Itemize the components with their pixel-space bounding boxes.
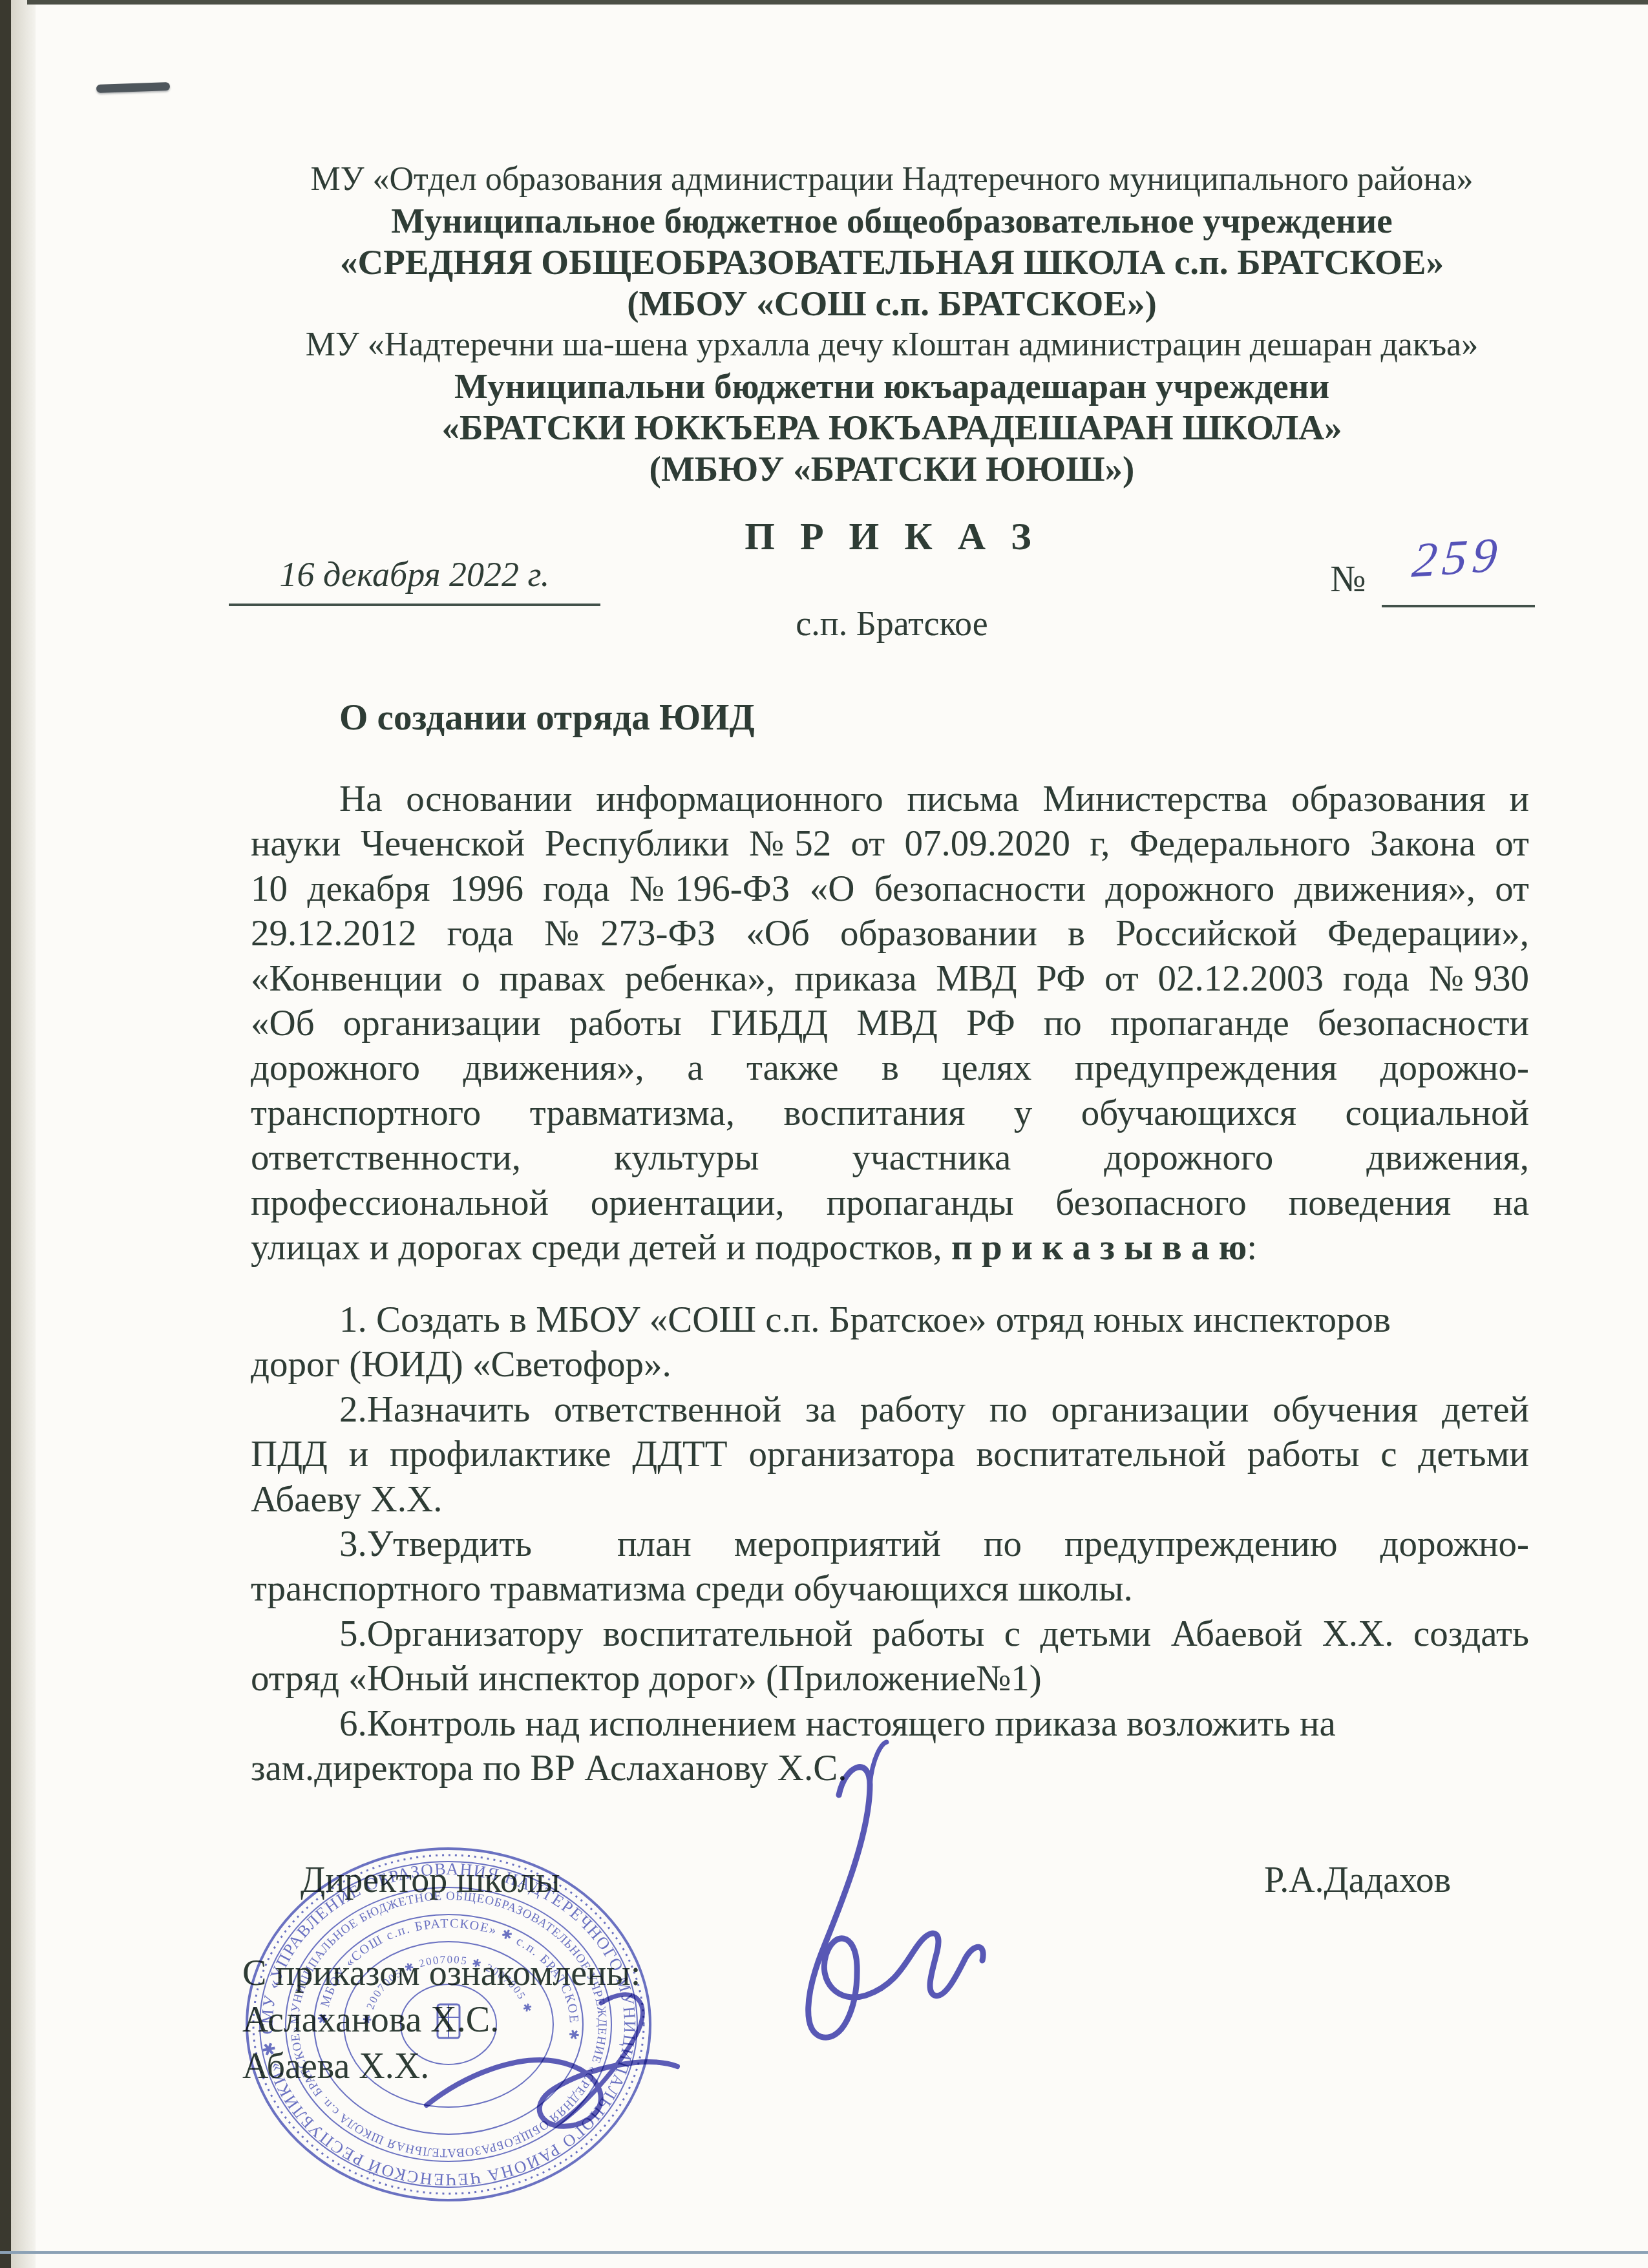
body-line: 29.12.2012 года №273-ФЗ «Об образовании … — [251, 911, 1529, 956]
body-line: «Конвенции о правах ребенка», приказа МВ… — [251, 956, 1529, 1001]
scan-top-edge — [27, 0, 1648, 5]
letterhead-line: Муниципальное бюджетное общеобразователь… — [246, 200, 1538, 242]
body-line: 10 декабря 1996 года №196-ФЗ «О безопасн… — [251, 866, 1529, 911]
director-name: Р.А.Дадахов — [1264, 1860, 1451, 1901]
number-sign: № — [1330, 557, 1366, 600]
letterhead-line: Муниципальни бюджетни юкъарадешаран учре… — [246, 366, 1538, 407]
letterhead-line: МУ «Отдел образования администрации Надт… — [246, 159, 1538, 200]
order-title: П Р И К А З — [246, 514, 1538, 559]
letterhead: МУ «Отдел образования администрации Надт… — [246, 159, 1538, 490]
order-place: с.п. Братское — [246, 604, 1538, 644]
order-item-line: отряд «Юный инспектор дорог» (Приложение… — [251, 1656, 1529, 1701]
letterhead-line: (МБОУ «СОШ с.п. БРАТСКОЕ») — [246, 283, 1538, 324]
letterhead-line: «БРАТСКИ ЮККЪЕРА ЮКЪАРАДЕШАРАН ШКОЛА» — [246, 407, 1538, 448]
order-item-line: дорог (ЮИД) «Светофор». — [251, 1342, 1529, 1387]
body-line: На основании информационного письма Мини… — [251, 777, 1529, 821]
body-line: дорожного движения», а также в целях пре… — [251, 1045, 1529, 1090]
order-body-paragraph: На основании информационного письма Мини… — [251, 777, 1529, 1270]
scan-left-paper-edge — [11, 0, 36, 2268]
order-item-line: Абаеву Х.Х. — [251, 1477, 1529, 1522]
body-line: транспортного травматизма, воспитания у … — [251, 1091, 1529, 1135]
stamp-ring-digits-text: ✱ 2007005 ✱ 2007005 ✱ 2007005 ✱ — [361, 1953, 534, 2024]
letterhead-line: МУ «Надтеречни ша-шена урхалла дечу кIош… — [246, 324, 1538, 366]
order-item-line: 3.Утвердить план мероприятий по предупре… — [251, 1522, 1529, 1566]
scan-left-edge — [0, 0, 11, 2268]
scan-bottom-edge-line — [0, 2251, 1648, 2254]
scanned-order-page: МУ «Отдел образования администрации Надт… — [0, 0, 1648, 2268]
order-items: 1. Создать в МБОУ «СОШ с.п. Братское» от… — [251, 1297, 1529, 1790]
letterhead-line: (МБЮУ «БРАТСКИ ЮЮШ») — [246, 448, 1538, 490]
letterhead-line: «СРЕДНЯЯ ОБЩЕОБРАЗОВАТЕЛЬНАЯ ШКОЛА с.п. … — [246, 242, 1538, 283]
body-line: профессиональной ориентации, пропаганды … — [251, 1181, 1529, 1225]
staple-mark — [96, 82, 170, 93]
body-line: «Об организации работы ГИБДД МВД РФ по п… — [251, 1001, 1529, 1045]
order-subject: О создании отряда ЮИД — [339, 697, 755, 739]
order-number-handwritten: 259 — [1380, 525, 1535, 591]
order-item-line: транспортного травматизма среди обучающи… — [251, 1566, 1529, 1611]
round-stamp: МУ «УПРАВЛЕНИЕ ОБРАЗОВАНИЯ НАДТЕРЕЧНОГО … — [240, 1842, 657, 2207]
body-line: ответственности, культуры участника доро… — [251, 1135, 1529, 1180]
order-item-line: 2.Назначить ответственной за работу по о… — [251, 1387, 1529, 1432]
order-item-line: 5.Организатору воспитательной работы с д… — [251, 1612, 1529, 1656]
body-line: улицах и дорогах среди детей и подростко… — [251, 1225, 1529, 1270]
order-date: 16 декабря 2022 г. — [229, 554, 600, 606]
order-item-line: 1. Создать в МБОУ «СОШ с.п. Братское» от… — [251, 1297, 1529, 1342]
order-item-line: ПДД и профилактике ДДТТ организатора вос… — [251, 1432, 1529, 1476]
body-line: науки Чеченской Республики №52 от 07.09.… — [251, 821, 1529, 866]
director-signature — [743, 1738, 1015, 2100]
